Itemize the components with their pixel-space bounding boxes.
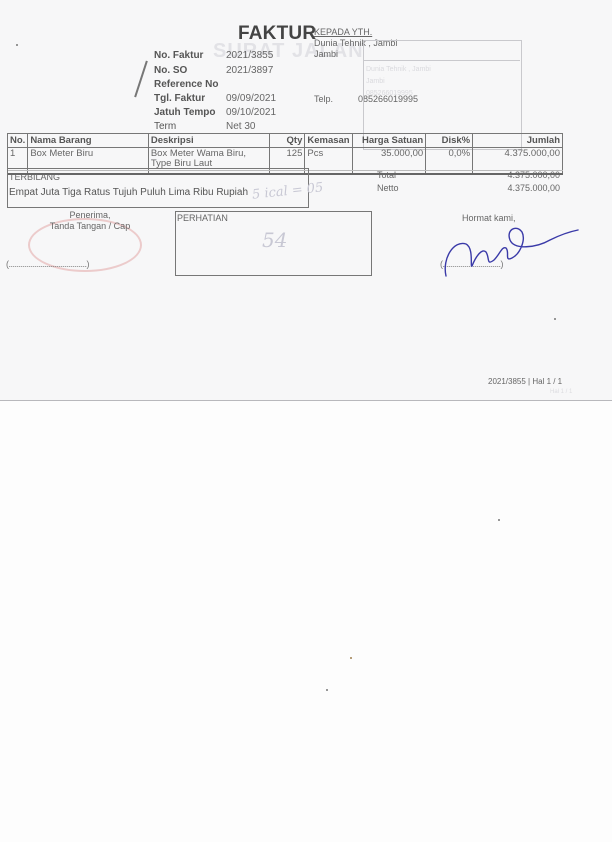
- receiver-signature-line: (.......................................…: [6, 259, 89, 269]
- ghost-recipient-name: Dunia Tehnik , Jambi: [366, 66, 431, 73]
- blank-paper-area: [0, 401, 612, 842]
- meta-value-no-so: 2021/3897: [226, 65, 273, 76]
- recipient-city: Jambi: [314, 49, 338, 59]
- col-header-jumlah: Jumlah: [473, 134, 563, 148]
- total-value: 4.375.000,00: [440, 170, 560, 180]
- perhatian-label: PERHATIAN: [177, 213, 228, 223]
- recipient-heading: KEPADA YTH.: [314, 27, 372, 37]
- ghost-address-box-header: [363, 40, 520, 61]
- perhatian-handwritten-note: 54: [262, 228, 287, 252]
- page-reference: 2021/3855 | Hal 1 / 1: [488, 377, 562, 386]
- receiver-signature-block: Penerima, Tanda Tangan / Cap: [40, 210, 140, 232]
- invoice-sheet: SURAT JALAN FAKTUR No. Faktur 2021/3855 …: [0, 0, 612, 401]
- cell-harga-satuan: 35.000,00: [353, 148, 426, 171]
- terbilang-text: Empat Juta Tiga Ratus Tujuh Puluh Lima R…: [9, 187, 248, 198]
- meta-value-tgl-faktur: 09/09/2021: [226, 93, 276, 104]
- paper-speck: [554, 318, 556, 320]
- table-header-row: No. Nama Barang Deskripsi Qty Kemasan Ha…: [8, 134, 563, 148]
- meta-label-no-so: No. SO: [154, 65, 187, 76]
- paper-speck: [498, 519, 500, 521]
- meta-value-term: Net 30: [226, 121, 255, 132]
- meta-label-jatuh-tempo: Jatuh Tempo: [154, 107, 215, 118]
- ghost-recipient-city: Jambi: [366, 78, 385, 85]
- paper-speck: [16, 44, 18, 46]
- col-header-deskripsi: Deskripsi: [148, 134, 270, 148]
- col-header-disk: Disk%: [426, 134, 473, 148]
- meta-value-no-faktur: 2021/3855: [226, 50, 273, 61]
- terbilang-label: TERBILANG: [9, 172, 60, 182]
- cell-disk: 0,0%: [426, 148, 473, 171]
- pen-mark: [134, 61, 148, 98]
- col-header-harga-satuan: Harga Satuan: [353, 134, 426, 148]
- col-header-qty: Qty: [270, 134, 305, 148]
- col-header-kemasan: Kemasan: [305, 134, 353, 148]
- meta-label-tgl-faktur: Tgl. Faktur: [154, 93, 205, 104]
- meta-label-term: Term: [154, 121, 176, 132]
- meta-label-no-faktur: No. Faktur: [154, 50, 203, 61]
- cell-kemasan: Pcs: [305, 148, 353, 171]
- paper-speck: [350, 657, 352, 659]
- col-header-nama-barang: Nama Barang: [28, 134, 149, 148]
- meta-label-reference-no: Reference No: [154, 79, 218, 90]
- total-label: Total: [377, 170, 396, 180]
- netto-label: Netto: [377, 183, 399, 193]
- signature-scribble-icon: [440, 218, 585, 280]
- recipient-phone-label: Telp.: [314, 94, 333, 104]
- paper-speck: [326, 689, 328, 691]
- meta-value-jatuh-tempo: 09/10/2021: [226, 107, 276, 118]
- document-title: FAKTUR: [238, 23, 316, 45]
- cell-jumlah: 4.375.000,00: [473, 148, 563, 171]
- ghost-recipient-phone: 085266019995: [366, 90, 413, 97]
- netto-value: 4.375.000,00: [440, 183, 560, 193]
- ghost-page-reference: Hal 1 / 1: [550, 389, 572, 395]
- col-header-no: No.: [8, 134, 28, 148]
- receiver-label: Penerima,: [40, 210, 140, 221]
- receiver-sublabel: Tanda Tangan / Cap: [40, 221, 140, 232]
